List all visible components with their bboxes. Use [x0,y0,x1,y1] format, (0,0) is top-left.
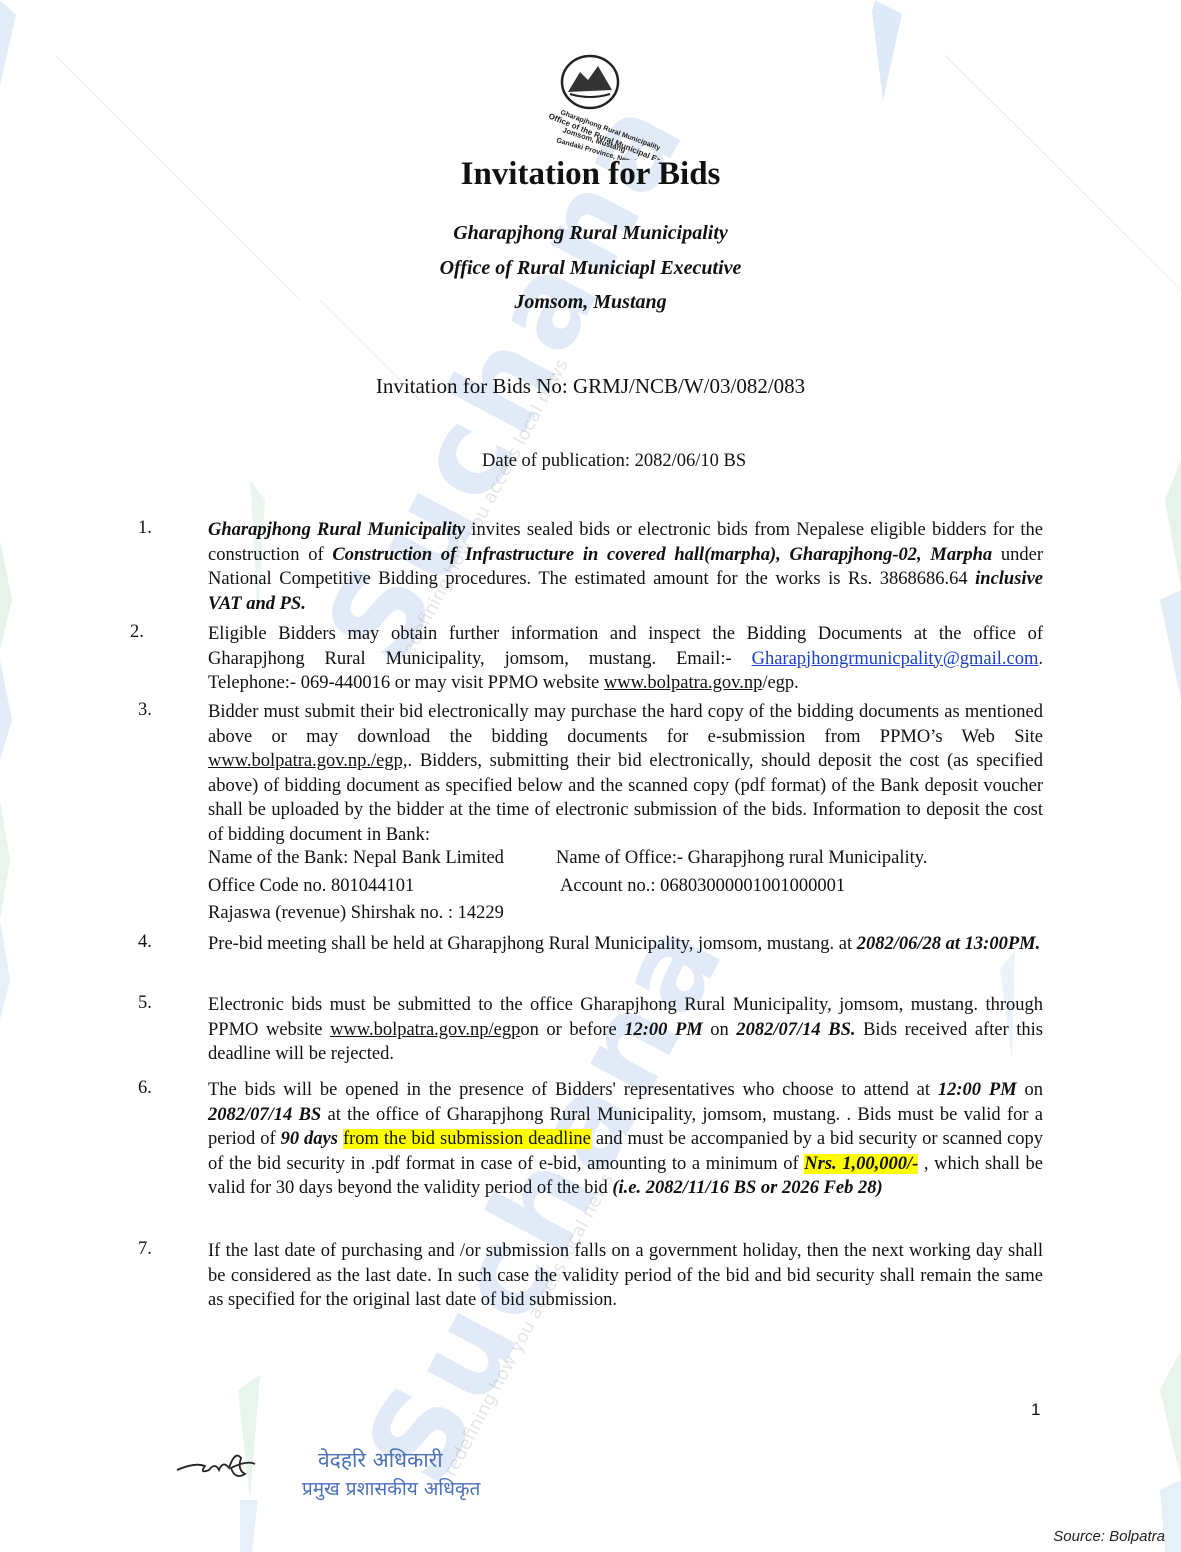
office-location: Jomsom, Mustang [0,291,1181,314]
text-run: Bidder must submit their bid electronica… [208,702,1043,747]
account-number: Account no.: 06803000001001000001 [560,876,845,897]
text-run: on [1017,1080,1043,1100]
item-4: Pre-bid meeting shall be held at Gharapj… [208,932,1043,957]
text-run: on or before [520,1020,624,1040]
item-number: 1. [138,518,152,539]
page-number: 1 [1031,1400,1040,1420]
signature-scribble [175,1440,265,1490]
municipality-seal-logo: Gharapjhong Rural Municipality Office of… [520,50,660,160]
text-run: 12:00 PM [624,1020,703,1040]
item-number: 6. [138,1078,152,1099]
source-credit: Source: Bolpatra [1053,1528,1165,1545]
item-number: 7. [138,1239,152,1260]
item-number: 2. [130,622,144,643]
text-run: 12:00 PM [938,1080,1017,1100]
text-run: If the last date of purchasing and /or s… [208,1241,1043,1310]
office-code: Office Code no. 801044101 [208,876,414,897]
office-name: Office of Rural Municiapl Executive [0,257,1181,280]
item-1: Gharapjhong Rural Municipality invites s… [208,518,1043,616]
text-run: 2082/06/28 at 13:00PM. [857,934,1040,954]
page-title: Invitation for Bids [0,156,1181,193]
text-run: The bids will be opened in the presence … [208,1080,938,1100]
item-5: Electronic bids must be submitted to the… [208,993,1043,1067]
item-number: 3. [138,700,152,721]
signatory-name: वेदहरि अधिकारी [318,1446,443,1474]
item-3: Bidder must submit their bid electronica… [208,700,1043,847]
item-number: 5. [138,993,152,1014]
text-run: Nrs. 1,00,000/- [804,1154,918,1174]
publication-date: Date of publication: 2082/06/10 BS [482,451,746,472]
text-run: Pre-bid meeting shall be held at Gharapj… [208,934,857,954]
document-page: Gharapjhong Rural Municipality Office of… [0,0,1181,1552]
text-run: 2082/07/14 BS [208,1105,321,1125]
text-run: (i.e. 2082/11/16 BS or 2026 Feb 28) [612,1178,882,1198]
text-run: 90 days [281,1129,338,1149]
text-run: 2082/07/14 BS. [736,1020,855,1040]
website-link[interactable]: www.bolpatra.gov.np./egp, [208,751,408,771]
text-run: /egp. [762,673,798,693]
office-name-bank: Name of Office:- Gharapjhong rural Munic… [556,848,927,869]
bank-name: Name of the Bank: Nepal Bank Limited [208,848,504,869]
signatory-designation: प्रमुख प्रशासकीय अधिकृत [302,1475,480,1501]
email-link[interactable]: Gharapjhongrmunicpality@gmail.com [752,649,1039,669]
item-2: Eligible Bidders may obtain further info… [208,622,1043,696]
text-run: from the bid submission deadline [343,1129,591,1149]
revenue-code: Rajaswa (revenue) Shirshak no. : 14229 [208,903,504,924]
ifb-number: Invitation for Bids No: GRMJ/NCB/W/03/08… [0,374,1181,399]
website-link[interactable]: www.bolpatra.gov.np [604,673,762,693]
item-7: If the last date of purchasing and /or s… [208,1239,1043,1313]
item-6: The bids will be opened in the presence … [208,1078,1043,1201]
website-link[interactable]: www.bolpatra.gov.np/egp [330,1020,520,1040]
text-run: Gharapjhong Rural Municipality [208,520,465,540]
org-name: Gharapjhong Rural Municipality [0,222,1181,245]
item-number: 4. [138,932,152,953]
text-run: Construction of Infrastructure in covere… [332,545,992,565]
text-run: on [703,1020,737,1040]
